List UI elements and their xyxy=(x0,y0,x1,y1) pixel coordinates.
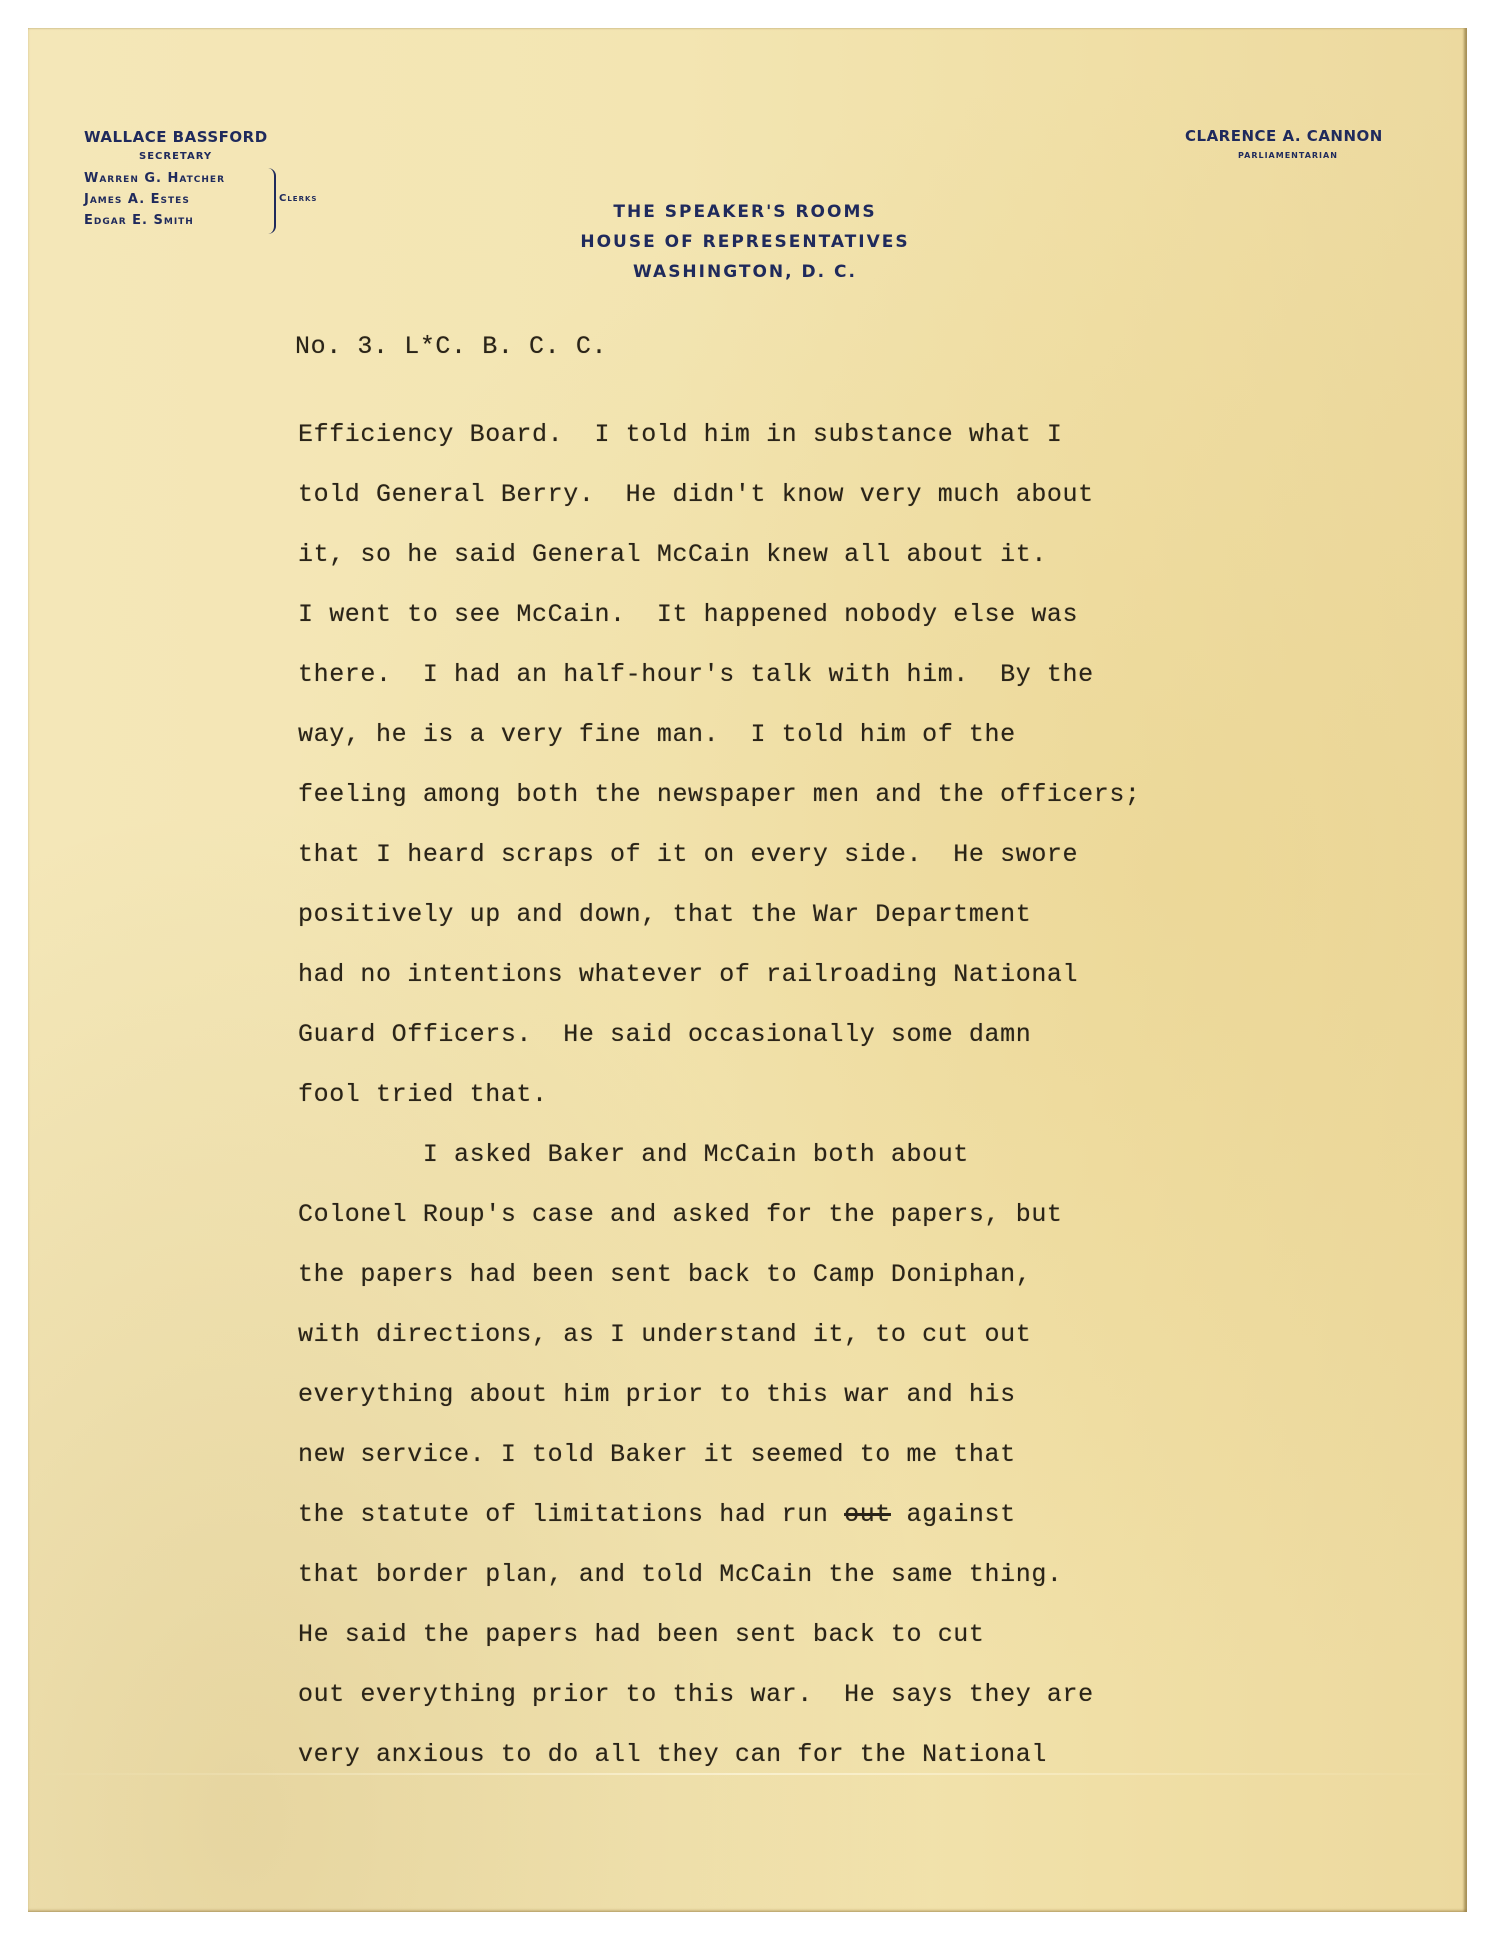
body-line: Guard Officers. He said occasionally som… xyxy=(298,1020,1031,1049)
body-line: feeling among both the newspaper men and… xyxy=(298,780,1141,809)
body-line: everything about him prior to this war a… xyxy=(298,1380,1016,1409)
letterhead-line-3: WASHINGTON, D. C. xyxy=(633,262,857,282)
letterhead-line-2: HOUSE OF REPRESENTATIVES xyxy=(580,232,909,252)
body-line: I went to see McCain. It happened nobody… xyxy=(298,600,1078,629)
secretary-title: SECRETARY xyxy=(139,151,212,162)
parliamentarian-name: CLARENCE A. CANNON xyxy=(1185,127,1383,145)
body-line: Colonel Roup's case and asked for the pa… xyxy=(298,1200,1063,1229)
body-line: out everything prior to this war. He say… xyxy=(298,1680,1094,1709)
clerk-name: James A. Estes xyxy=(84,192,190,207)
body-line: the papers had been sent back to Camp Do… xyxy=(298,1260,1031,1289)
body-line: new service. I told Baker it seemed to m… xyxy=(298,1440,1016,1469)
body-line: told General Berry. He didn't know very … xyxy=(298,480,1094,509)
clerk-name: Edgar E. Smith xyxy=(84,213,194,228)
body-line: that border plan, and told McCain the sa… xyxy=(298,1560,1063,1589)
body-line: positively up and down, that the War Dep… xyxy=(298,900,1031,929)
parliamentarian-title: PARLIAMENTARIAN xyxy=(1238,151,1338,160)
body-line-text: against xyxy=(891,1500,1016,1529)
body-line: very anxious to do all they can for the … xyxy=(298,1740,1047,1769)
body-line-text: the statute of limitations had run xyxy=(298,1500,844,1529)
paper-crease xyxy=(28,1773,1467,1775)
body-line: that I heard scraps of it on every side.… xyxy=(298,840,1078,869)
clerk-name: Warren G. Hatcher xyxy=(84,171,225,186)
body-line-with-strikeout: the statute of limitations had run out a… xyxy=(298,1500,1016,1529)
body-line: with directions, as I understand it, to … xyxy=(298,1320,1031,1349)
clerks-label: Clerks xyxy=(279,193,317,204)
body-line: way, he is a very fine man. I told him o… xyxy=(298,720,1016,749)
body-line: it, so he said General McCain knew all a… xyxy=(298,540,1047,569)
body-line: He said the papers had been sent back to… xyxy=(298,1620,985,1649)
secretary-name: WALLACE BASSFORD xyxy=(84,128,268,146)
body-line: there. I had an half-hour's talk with hi… xyxy=(298,660,1094,689)
page-reference: No. 3. L*C. B. C. C. xyxy=(295,332,607,361)
body-line: Efficiency Board. I told him in substanc… xyxy=(298,420,1063,449)
body-line: I asked Baker and McCain both about xyxy=(298,1140,969,1169)
letterhead-line-1: THE SPEAKER'S ROOMS xyxy=(613,202,876,222)
clerks-brace xyxy=(266,168,276,234)
struck-word: out xyxy=(844,1500,891,1529)
body-line: had no intentions whatever of railroadin… xyxy=(298,960,1078,989)
body-line: fool tried that. xyxy=(298,1080,548,1109)
